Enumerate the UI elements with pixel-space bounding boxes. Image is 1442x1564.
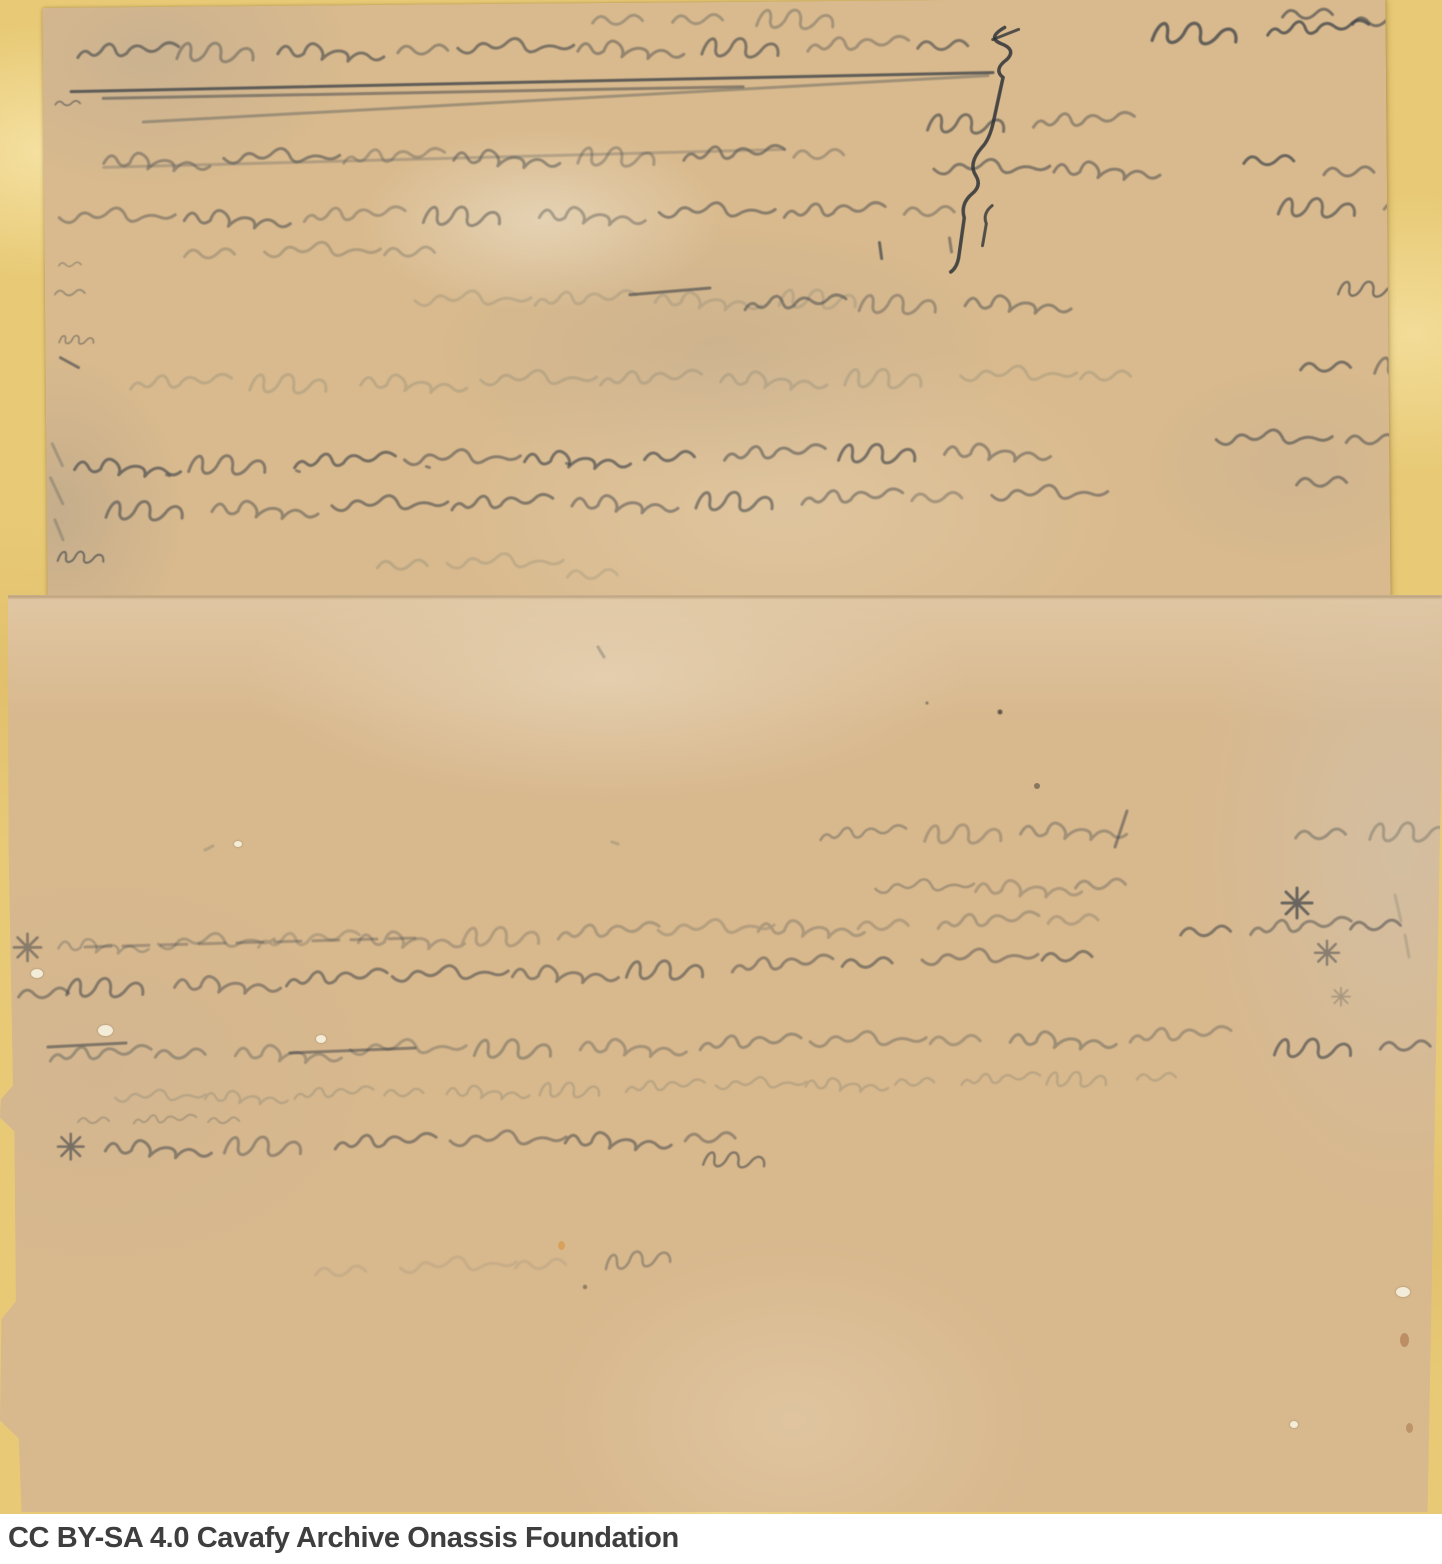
- caption-bar: CC BY-SA 4.0 Cavafy Archive Onassis Foun…: [0, 1514, 1442, 1564]
- stain-speck: [1406, 1423, 1413, 1433]
- paper-fleck: [31, 969, 43, 978]
- paper-fleck: [1396, 1287, 1410, 1297]
- paper-fleck: [316, 1035, 326, 1043]
- manuscript-sheet-top: [42, 0, 1390, 609]
- caption-text: CC BY-SA 4.0 Cavafy Archive Onassis Foun…: [8, 1522, 679, 1555]
- stain-speck: [1034, 783, 1040, 789]
- paper-fleck: [98, 1025, 113, 1036]
- handwriting-bleedthrough-top: [42, 0, 1390, 609]
- stain-speck: [558, 1241, 565, 1250]
- vertical-ink-annotation: [949, 27, 1013, 272]
- paper-fleck: [234, 841, 242, 847]
- stain-speck: [1400, 1333, 1409, 1347]
- manuscript-sheet-bottom: [0, 595, 1442, 1512]
- scanned-manuscript-photo: CC BY-SA 4.0 Cavafy Archive Onassis Foun…: [0, 0, 1442, 1564]
- paper-fleck: [1290, 1421, 1298, 1428]
- handwriting-bleedthrough-bottom: [0, 595, 1442, 1512]
